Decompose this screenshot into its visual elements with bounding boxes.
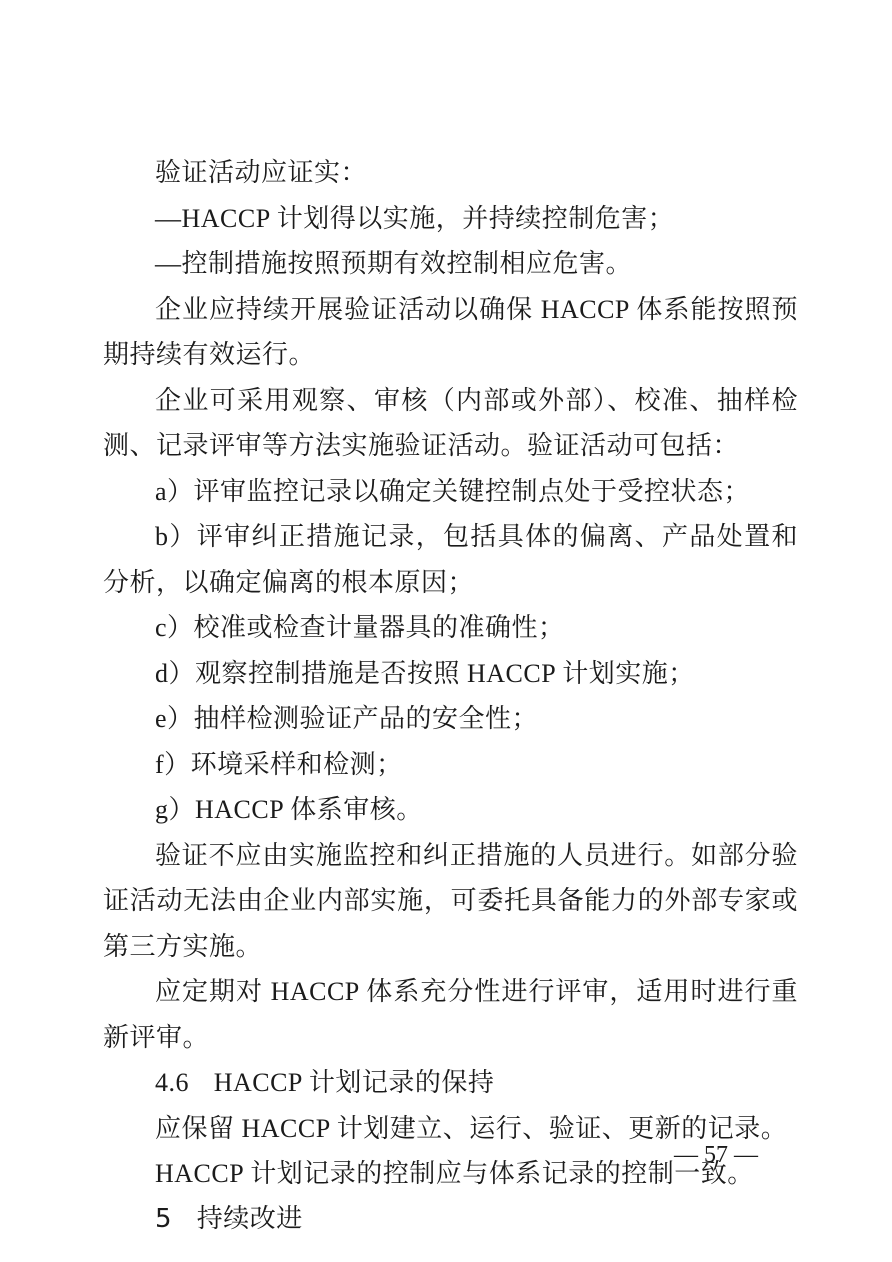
document-body: 验证活动应证实： —HACCP 计划得以实施，并持续控制危害； —控制措施按照预…: [103, 150, 798, 1242]
list-item-g: g）HACCP 体系审核。: [103, 787, 798, 833]
document-page: 验证活动应证实： —HACCP 计划得以实施，并持续控制危害； —控制措施按照预…: [0, 0, 892, 1262]
list-item-b: b）评审纠正措施记录，包括具体的偏离、产品处置和分析，以确定偏离的根本原因；: [103, 514, 798, 605]
section-number: 4.6: [155, 1068, 189, 1097]
list-item-c: c）校准或检查计量器具的准确性；: [103, 605, 798, 651]
chapter-heading-5: 5持续改进: [103, 1197, 798, 1243]
section-heading-4-6: 4.6HACCP 计划记录的保持: [103, 1060, 798, 1106]
chapter-title: 持续改进: [197, 1204, 303, 1234]
paragraph-verification-methods: 企业可采用观察、审核（内部或外部）、校准、抽样检测、记录评审等方法实施验证活动。…: [103, 378, 798, 469]
list-item-f: f）环境采样和检测；: [103, 742, 798, 788]
paragraph-continuous-verification: 企业应持续开展验证活动以确保 HACCP 体系能按照预期持续有效运行。: [103, 287, 798, 378]
dash-item-control-measures: —控制措施按照预期有效控制相应危害。: [103, 241, 798, 287]
dash-item-haccp-plan: —HACCP 计划得以实施，并持续控制危害；: [103, 196, 798, 242]
paragraph-intro: 验证活动应证实：: [103, 150, 798, 196]
paragraph-periodic-review: 应定期对 HACCP 体系充分性进行评审，适用时进行重新评审。: [103, 969, 798, 1060]
list-item-e: e）抽样检测验证产品的安全性；: [103, 696, 798, 742]
chapter-number: 5: [155, 1204, 172, 1234]
list-item-d: d）观察控制措施是否按照 HACCP 计划实施；: [103, 651, 798, 697]
page-number: — 57 —: [636, 1140, 796, 1170]
list-item-a: a）评审监控记录以确定关键控制点处于受控状态；: [103, 469, 798, 515]
section-title: HACCP 计划记录的保持: [214, 1068, 495, 1097]
paragraph-verification-personnel: 验证不应由实施监控和纠正措施的人员进行。如部分验证活动无法由企业内部实施，可委托…: [103, 833, 798, 970]
